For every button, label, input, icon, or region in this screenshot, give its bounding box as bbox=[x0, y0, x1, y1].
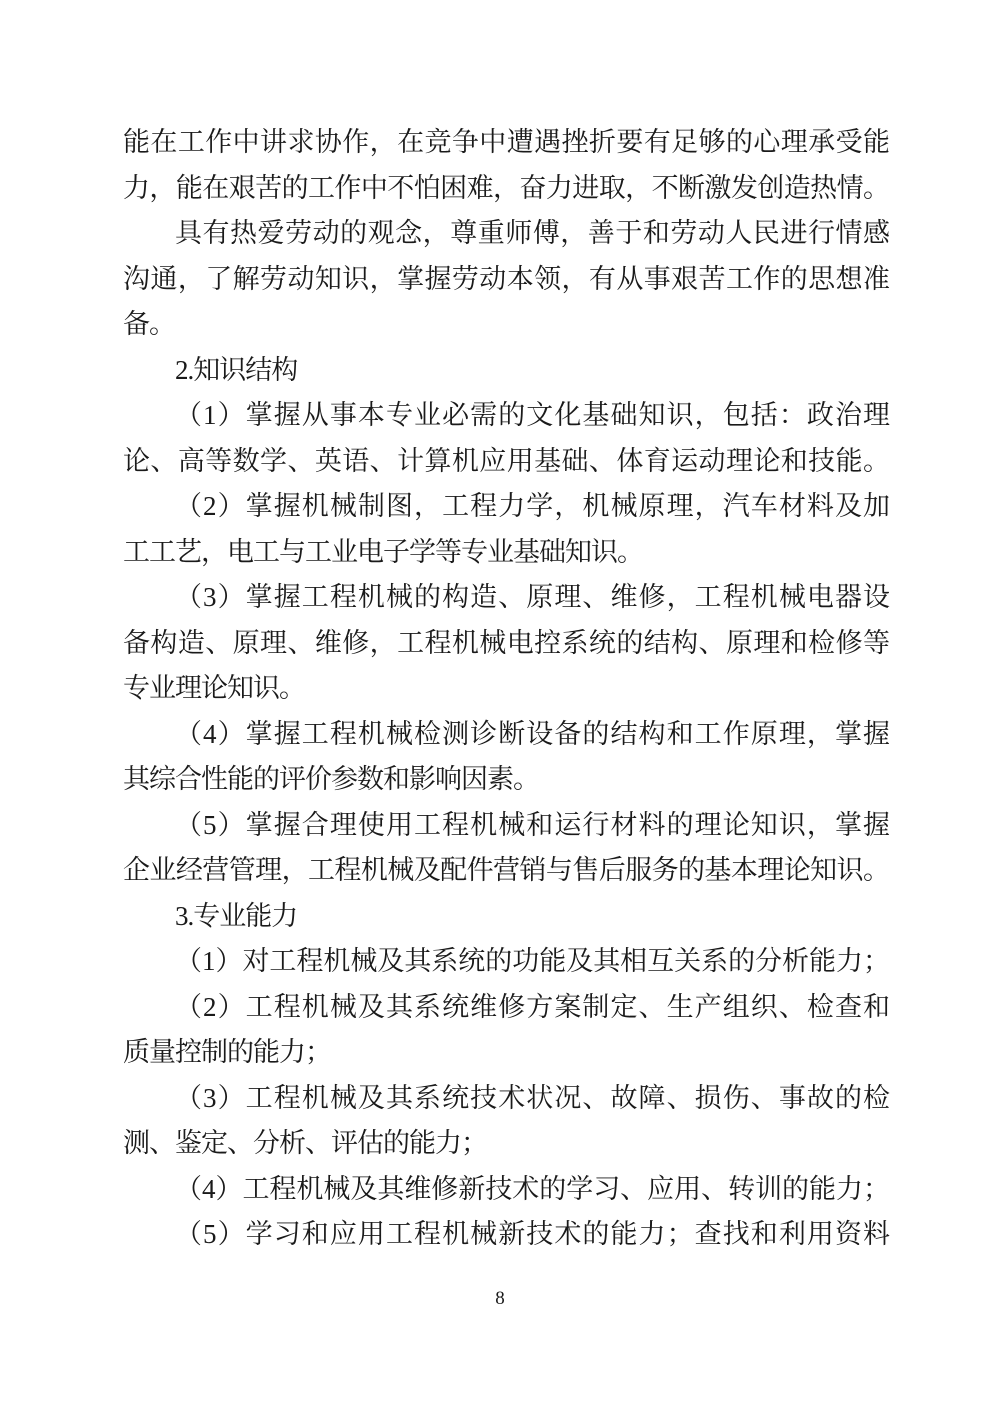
text-line: 质量控制的能力； bbox=[123, 1030, 889, 1076]
text-line: 具有热爱劳动的观念，尊重师傅，善于和劳动人民进行情感 bbox=[123, 211, 889, 257]
text-line: 3.专业能力 bbox=[123, 894, 889, 940]
document-body: 能在工作中讲求协作，在竞争中遭遇挫折要有足够的心理承受能力，能在艰苦的工作中不怕… bbox=[123, 120, 889, 1258]
text-line: 备构造、原理、维修，工程机械电控系统的结构、原理和检修等 bbox=[123, 621, 889, 667]
text-line: （2）工程机械及其系统维修方案制定、生产组织、检查和 bbox=[123, 985, 889, 1031]
text-line: （2）掌握机械制图，工程力学，机械原理，汽车材料及加 bbox=[123, 484, 889, 530]
text-line: 沟通，了解劳动知识，掌握劳动本领，有从事艰苦工作的思想准 bbox=[123, 257, 889, 303]
text-line: 2.知识结构 bbox=[123, 348, 889, 394]
text-line: 企业经营管理，工程机械及配件营销与售后服务的基本理论知识。 bbox=[123, 848, 889, 894]
text-line: 备。 bbox=[123, 302, 889, 348]
text-line: 工工艺，电工与工业电子学等专业基础知识。 bbox=[123, 530, 889, 576]
text-line: 测、鉴定、分析、评估的能力； bbox=[123, 1121, 889, 1167]
text-line: （1）掌握从事本专业必需的文化基础知识，包括：政治理 bbox=[123, 393, 889, 439]
text-line: 其综合性能的评价参数和影响因素。 bbox=[123, 757, 889, 803]
text-line: （5）掌握合理使用工程机械和运行材料的理论知识，掌握 bbox=[123, 803, 889, 849]
text-line: 能在工作中讲求协作，在竞争中遭遇挫折要有足够的心理承受能 bbox=[123, 120, 889, 166]
text-line: 专业理论知识。 bbox=[123, 666, 889, 712]
document-page: 能在工作中讲求协作，在竞争中遭遇挫折要有足够的心理承受能力，能在艰苦的工作中不怕… bbox=[0, 0, 1000, 1414]
text-line: （3）工程机械及其系统技术状况、故障、损伤、事故的检 bbox=[123, 1076, 889, 1122]
text-line: 论、高等数学、英语、计算机应用基础、体育运动理论和技能。 bbox=[123, 439, 889, 485]
text-line: 力，能在艰苦的工作中不怕困难，奋力进取，不断激发创造热情。 bbox=[123, 166, 889, 212]
page-number: 8 bbox=[0, 1288, 1000, 1310]
text-line: （5）学习和应用工程机械新技术的能力；查找和利用资料 bbox=[123, 1212, 889, 1258]
text-line: （4）掌握工程机械检测诊断设备的结构和工作原理，掌握 bbox=[123, 712, 889, 758]
text-line: （1）对工程机械及其系统的功能及其相互关系的分析能力； bbox=[123, 939, 889, 985]
text-line: （4）工程机械及其维修新技术的学习、应用、转训的能力； bbox=[123, 1167, 889, 1213]
text-line: （3）掌握工程机械的构造、原理、维修，工程机械电器设 bbox=[123, 575, 889, 621]
